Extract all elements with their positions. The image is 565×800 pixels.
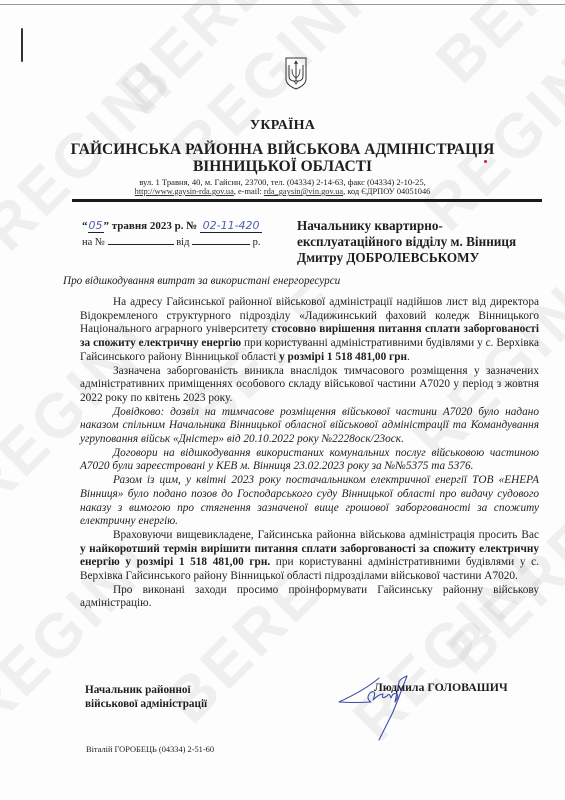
recipient-line: експлуатаційного відділу м. Вінниця: [297, 234, 516, 250]
signatory-title: Начальник районної військової адміністра…: [85, 683, 207, 711]
number-label: №: [186, 220, 197, 232]
reply-reference: на № від р.: [82, 234, 261, 248]
letter-subject: Про відшкодування витрат за використані …: [63, 275, 340, 287]
email-link[interactable]: rda_gaysin@vin.gov.ua: [264, 187, 343, 196]
letter-body: На адресу Гайсинської районної військово…: [80, 296, 539, 611]
trident-coat-of-arms-icon: [285, 57, 307, 90]
contacts-line: http://www.gaysin-rda.gov.ua, e-mail: rd…: [0, 187, 565, 197]
signer-name: Людмила ГОЛОВАШИЧ: [374, 680, 508, 695]
paragraph-contracts: Договори на відшкодування використаних к…: [80, 447, 539, 474]
reply-date-blank: [192, 234, 250, 245]
recipient-name: Дмитру ДОБРОЛЕВСЬКОМУ: [297, 250, 516, 266]
recipient-block: Начальнику квартирно- експлуатаційного в…: [297, 218, 516, 266]
country-heading: УКРАЇНА: [0, 118, 565, 134]
outgoing-date-number: “05” травня 2023 р. № 02-11-420: [82, 220, 262, 233]
edrpou-label: код ЄДРПОУ: [347, 187, 394, 196]
letter-content: УКРАЇНА ГАЙСИНСЬКА РАЙОННА ВІЙСЬКОВА АДМ…: [0, 0, 565, 800]
paragraph-request: Враховуючи вищевикладене, Гайсинська рай…: [80, 529, 539, 584]
address-line: вул. 1 Травня, 40, м. Гайсин, 23700, тел…: [0, 177, 565, 187]
paragraph-lawsuit: Разом із цим, у квітні 2023 року постача…: [80, 474, 539, 529]
from-label: від: [176, 237, 189, 248]
document-page: REGINI REGINI REGINI BERE BERE REGINI BE…: [0, 0, 565, 800]
edrpou-code: 04051046: [397, 187, 431, 196]
month-year: травня 2023 р.: [112, 220, 184, 232]
email-label: e-mail:: [238, 187, 262, 196]
paragraph-reference-note: Довідково: дозвіл на тимчасове розміщенн…: [80, 406, 539, 447]
year-suffix: р.: [253, 237, 261, 248]
reply-number-label: на №: [82, 237, 105, 248]
red-ink-dot: [484, 160, 487, 163]
paragraph-inform: Про виконані заходи просимо проінформува…: [80, 584, 539, 611]
letterhead-divider: [72, 199, 542, 202]
organization-region: ВІННИЦЬКОЇ ОБЛАСТІ: [0, 158, 565, 175]
handwritten-day: 05: [88, 220, 104, 233]
handwritten-outgoing-number: 02-11-420: [200, 220, 262, 233]
executor-contact: Віталій ГОРОБЕЦЬ (04334) 2-51-60: [86, 745, 214, 754]
paragraph-debt-origin: Зазначена заборгованість виникла внаслід…: [80, 365, 539, 406]
paragraph-request-received: На адресу Гайсинської районної військово…: [80, 296, 539, 365]
website-link[interactable]: http://www.gaysin-rda.gov.ua: [135, 187, 234, 196]
organization-name: ГАЙСИНСЬКА РАЙОННА ВІЙСЬКОВА АДМІНІСТРАЦ…: [0, 141, 565, 158]
recipient-line: Начальнику квартирно-: [297, 218, 516, 234]
reply-number-blank: [108, 234, 174, 245]
